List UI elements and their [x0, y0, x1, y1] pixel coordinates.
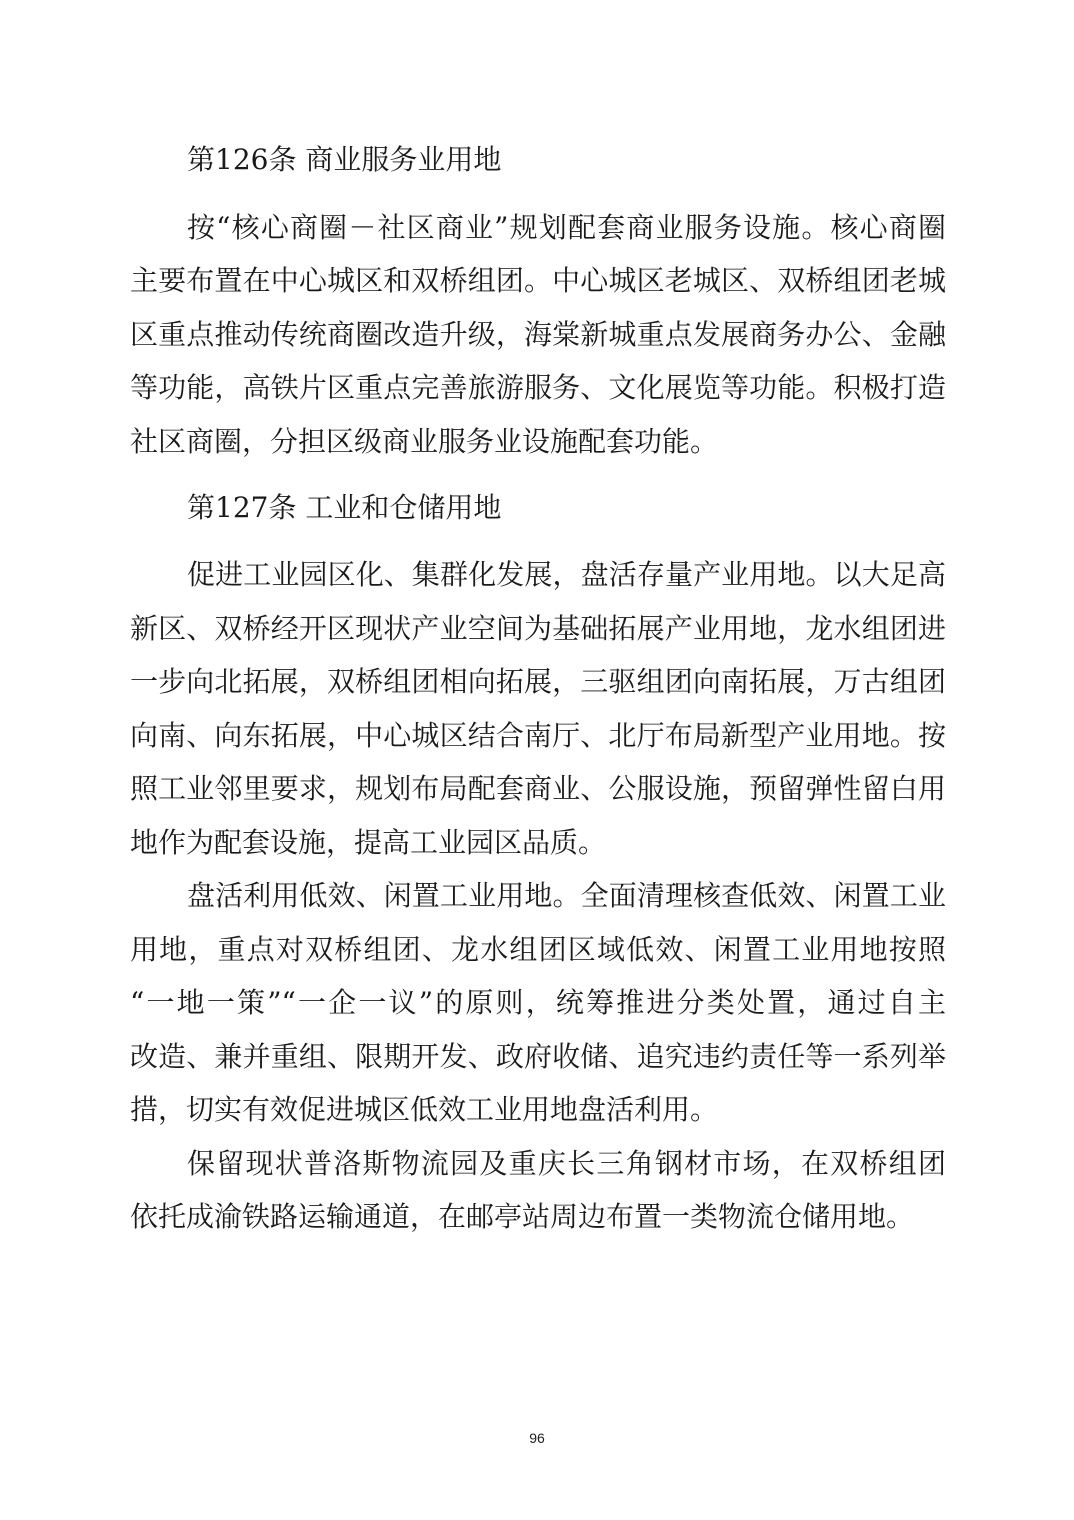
paragraph-line: 保留现状普洛斯物流园及重庆长三角钢材市场，在双桥组团 — [187, 1146, 946, 1182]
section-heading-126: 第126条 商业服务业用地 — [187, 142, 501, 178]
paragraph-line: 依托成渝铁路运输通道，在邮亭站周边布置一类物流仓储用地。 — [130, 1199, 946, 1235]
page-number: 96 — [0, 1430, 1074, 1446]
paragraph-line: 社区商圈，分担区级商业服务业设施配套功能。 — [130, 424, 946, 460]
paragraph-line: 按“核心商圈－社区商业”规划配套商业服务设施。核心商圈 — [187, 210, 946, 246]
paragraph-line: 措，切实有效促进城区低效工业用地盘活利用。 — [130, 1092, 946, 1128]
document-page: 第126条 商业服务业用地 按“核心商圈－社区商业”规划配套商业服务设施。核心商… — [0, 0, 1074, 1520]
paragraph-line: 主要布置在中心城区和双桥组团。中心城区老城区、双桥组团老城 — [130, 263, 946, 299]
paragraph-line: “一地一策”“一企一议”的原则，统筹推进分类处置，通过自主 — [130, 985, 946, 1021]
paragraph-line: 区重点推动传统商圈改造升级，海棠新城重点发展商务办公、金融 — [130, 317, 946, 353]
paragraph-line: 一步向北拓展，双桥组团相向拓展，三驱组团向南拓展，万古组团 — [130, 664, 946, 700]
paragraph-line: 向南、向东拓展，中心城区结合南厅、北厅布局新型产业用地。按 — [130, 718, 946, 754]
paragraph-line: 改造、兼并重组、限期开发、政府收储、追究违约责任等一系列举 — [130, 1039, 946, 1075]
section-heading-127: 第127条 工业和仓储用地 — [187, 490, 501, 526]
paragraph-line: 新区、双桥经开区现状产业空间为基础拓展产业用地，龙水组团进 — [130, 611, 946, 647]
paragraph-line: 促进工业园区化、集群化发展，盘活存量产业用地。以大足高 — [187, 557, 946, 593]
paragraph-line: 等功能，高铁片区重点完善旅游服务、文化展览等功能。积极打造 — [130, 370, 946, 406]
paragraph-line: 用地，重点对双桥组团、龙水组团区域低效、闲置工业用地按照 — [130, 932, 946, 968]
paragraph-line: 盘活利用低效、闲置工业用地。全面清理核查低效、闲置工业 — [187, 878, 946, 914]
paragraph-line: 地作为配套设施，提高工业园区品质。 — [130, 825, 946, 861]
paragraph-line: 照工业邻里要求，规划布局配套商业、公服设施，预留弹性留白用 — [130, 771, 946, 807]
